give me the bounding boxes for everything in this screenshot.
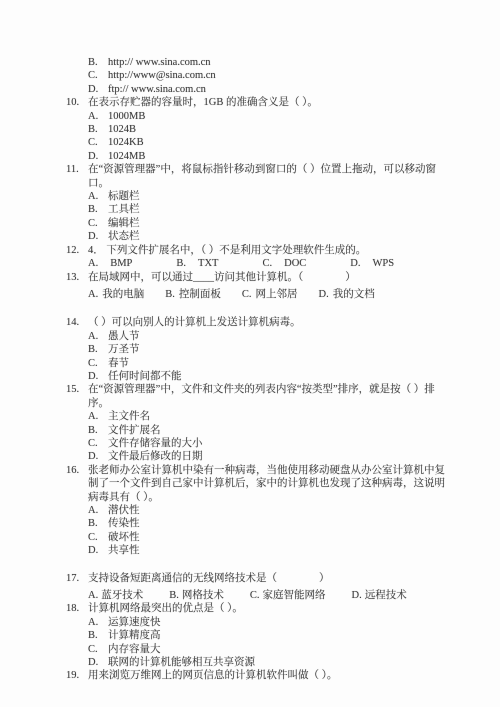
- option-text: BMP: [110, 258, 132, 269]
- question-text: 计算机网络最突出的优点是（ ）。: [88, 603, 243, 614]
- option-label: A.: [88, 616, 108, 629]
- question-number: 15.: [66, 383, 88, 396]
- option: C.DOC: [262, 257, 306, 270]
- option-text: http://www@sina.com.cn: [108, 70, 216, 81]
- question-text: （ ）可以向别人的计算机上发送计算机病毒。: [88, 317, 301, 328]
- option-label: C.: [88, 69, 108, 82]
- option-label: D.: [88, 230, 108, 243]
- question-text: 在“资源管理器”中，文件和文件夹的列表内容“按类型”排序，就是按（ ）排序。: [88, 384, 435, 408]
- question-number: 18.: [66, 602, 88, 615]
- option-label: A.: [88, 258, 98, 269]
- option-text: WPS: [373, 258, 395, 269]
- question: 17.支持设备短距离通信的无线网络技术是（ ）: [66, 572, 450, 585]
- option-text: 家庭智能网络: [263, 590, 326, 601]
- question-number: 12.: [66, 244, 88, 257]
- option: D.远程技术: [352, 589, 407, 602]
- question-number: 10.: [66, 96, 88, 109]
- option-text: http:// www.sina.com.cn: [108, 57, 211, 68]
- option-row: B.1024B: [66, 123, 450, 136]
- option: B.TXT: [176, 257, 218, 270]
- option-row: C.http://www@sina.com.cn: [66, 69, 450, 82]
- question: 12.4． 下列文件扩展名中，（ ）不是利用文字处理软件生成的。: [66, 244, 450, 257]
- option-row: C.1024KB: [66, 136, 450, 149]
- option-text: 1024B: [108, 124, 136, 135]
- question-number: 17.: [66, 572, 88, 585]
- option-text: ftp:// www.sina.com.cn: [108, 84, 206, 95]
- option-text: 联网的计算机能够相互共享资源: [108, 657, 255, 668]
- option-row: B.工具栏: [66, 203, 450, 216]
- option: C.网上邻居: [242, 288, 298, 301]
- option-label: D.: [319, 289, 329, 300]
- option-label: A.: [88, 190, 108, 203]
- option-text: 潜伏性: [108, 505, 140, 516]
- option: D.WPS: [350, 257, 394, 270]
- option-label: A.: [88, 110, 108, 123]
- option-row: D.1024MB: [66, 150, 450, 163]
- question-text: 支持设备短距离通信的无线网络技术是（ ）: [88, 573, 330, 584]
- option-label: C.: [250, 590, 260, 601]
- option: B.控制面板: [165, 288, 221, 301]
- option-row: C.文件存储容量的大小: [66, 437, 450, 450]
- option: A.我的电脑: [88, 288, 144, 301]
- option: A.BMP: [88, 257, 132, 270]
- exam-document: B.http:// www.sina.com.cn C.http://www@s…: [66, 56, 450, 683]
- option-text: 传染性: [108, 518, 140, 529]
- option-text: 控制面板: [179, 289, 221, 300]
- option-label: B.: [88, 203, 108, 216]
- option-label: B.: [165, 289, 175, 300]
- option-text: 愚人节: [108, 331, 140, 342]
- option-text: DOC: [284, 258, 306, 269]
- option: B.网格技术: [169, 589, 224, 602]
- option-text: 1024MB: [108, 151, 145, 162]
- question-text: 张老师办公室计算机中染有一种病毒，当他使用移动硬盘从办公室计算机中复制了一个文件…: [88, 465, 445, 503]
- option-row: A.1000MB: [66, 110, 450, 123]
- option-row: B.万圣节: [66, 343, 450, 356]
- option-label: B.: [176, 258, 186, 269]
- question: 19.用来浏览万维网上的网页信息的计算机软件叫做（ ）。: [66, 669, 450, 682]
- question-text: 在局域网中，可以通过____访问其他计算机。（ ）: [88, 272, 356, 283]
- options-row: A.蓝牙技术 B.网格技术 C.家庭智能网络 D.远程技术: [66, 589, 450, 602]
- option-label: B.: [88, 517, 108, 530]
- option-text: 编辑栏: [108, 218, 140, 229]
- option: A.蓝牙技术: [88, 589, 143, 602]
- option-row: B.传染性: [66, 517, 450, 530]
- option-text: 任何时间都不能: [108, 371, 182, 382]
- option-text: 文件存储容量的大小: [108, 438, 203, 449]
- option-label: D.: [88, 544, 108, 557]
- option-text: 文件扩展名: [108, 425, 161, 436]
- option-label: C.: [262, 258, 272, 269]
- option: D.我的文档: [319, 288, 375, 301]
- option-label: A.: [88, 410, 108, 423]
- option-label: B.: [88, 629, 108, 642]
- option-row: A.标题栏: [66, 190, 450, 203]
- option-row: D.文件最后修改的日期: [66, 450, 450, 463]
- option-label: C.: [88, 136, 108, 149]
- option-row: B.计算精度高: [66, 629, 450, 642]
- option-row: C.破坏性: [66, 531, 450, 544]
- option-text: 1024KB: [108, 137, 144, 148]
- option-row: A.主文件名: [66, 410, 450, 423]
- option-label: B.: [169, 590, 179, 601]
- option-row: D.ftp:// www.sina.com.cn: [66, 83, 450, 96]
- option-label: C.: [88, 531, 108, 544]
- question-number: 13.: [66, 271, 88, 284]
- option-row: C.内存容量大: [66, 643, 450, 656]
- option-text: 我的电脑: [102, 289, 144, 300]
- option-text: 破坏性: [108, 532, 140, 543]
- option-row: D.任何时间都不能: [66, 370, 450, 383]
- option-label: B.: [88, 343, 108, 356]
- option-text: 共享性: [108, 545, 140, 556]
- option-label: B.: [88, 56, 108, 69]
- option-label: D.: [88, 150, 108, 163]
- option-label: A.: [88, 590, 98, 601]
- option-label: A.: [88, 289, 98, 300]
- options-row: A.我的电脑 B.控制面板 C.网上邻居 D.我的文档: [66, 288, 450, 301]
- option-label: C.: [88, 217, 108, 230]
- question: 16.张老师办公室计算机中染有一种病毒，当他使用移动硬盘从办公室计算机中复制了一…: [66, 464, 450, 504]
- option-label: D.: [88, 450, 108, 463]
- option-label: D.: [88, 83, 108, 96]
- question-number: 14.: [66, 316, 88, 329]
- option-text: 我的文档: [333, 289, 375, 300]
- option-text: 工具栏: [108, 204, 140, 215]
- option-label: C.: [88, 643, 108, 656]
- option-label: D.: [88, 656, 108, 669]
- option-label: B.: [88, 123, 108, 136]
- option-text: 远程技术: [365, 590, 407, 601]
- option-text: 万圣节: [108, 344, 140, 355]
- option-label: C.: [88, 357, 108, 370]
- option-text: 运算速度快: [108, 617, 161, 628]
- question-number: 19.: [66, 669, 88, 682]
- question-text: 在“资源管理器”中，将鼠标指针移动到窗口的（ ）位置上拖动，可以移动窗口。: [88, 164, 436, 188]
- question-number: 16.: [66, 464, 88, 477]
- option-label: A.: [88, 504, 108, 517]
- option-text: 网上邻居: [256, 289, 298, 300]
- option-row: A.愚人节: [66, 330, 450, 343]
- option-text: TXT: [198, 258, 218, 269]
- question: 15.在“资源管理器”中，文件和文件夹的列表内容“按类型”排序，就是按（ ）排序…: [66, 383, 450, 410]
- option-text: 蓝牙技术: [101, 590, 143, 601]
- option-text: 主文件名: [108, 411, 150, 422]
- option-text: 标题栏: [108, 191, 140, 202]
- question-text: 4． 下列文件扩展名中，（ ）不是利用文字处理软件生成的。: [88, 245, 366, 256]
- option-row: D.联网的计算机能够相互共享资源: [66, 656, 450, 669]
- question: 13.在局域网中，可以通过____访问其他计算机。（ ）: [66, 271, 450, 284]
- option-row: D.状态栏: [66, 230, 450, 243]
- option-label: D.: [350, 258, 360, 269]
- option-row: A.运算速度快: [66, 616, 450, 629]
- option-label: C.: [242, 289, 252, 300]
- option: C.家庭智能网络: [250, 589, 326, 602]
- option-label: B.: [88, 424, 108, 437]
- option-row: B.http:// www.sina.com.cn: [66, 56, 450, 69]
- question-number: 11.: [66, 163, 88, 176]
- option-row: C.春节: [66, 357, 450, 370]
- question-text: 用来浏览万维网上的网页信息的计算机软件叫做（ ）。: [88, 670, 337, 681]
- option-text: 网格技术: [182, 590, 224, 601]
- question: 18.计算机网络最突出的优点是（ ）。: [66, 602, 450, 615]
- option-row: A.潜伏性: [66, 504, 450, 517]
- option-row: C.编辑栏: [66, 217, 450, 230]
- question: 10.在表示存贮器的容量时，1GB 的准确含义是（ ）。: [66, 96, 450, 109]
- question-text: 在表示存贮器的容量时，1GB 的准确含义是（ ）。: [88, 97, 318, 108]
- option-label: D.: [352, 590, 362, 601]
- option-text: 文件最后修改的日期: [108, 451, 203, 462]
- options-row: A.BMP B.TXT C.DOC D.WPS: [66, 257, 450, 270]
- question: 11.在“资源管理器”中，将鼠标指针移动到窗口的（ ）位置上拖动，可以移动窗口。: [66, 163, 450, 190]
- option-row: B.文件扩展名: [66, 424, 450, 437]
- option-label: A.: [88, 330, 108, 343]
- option-text: 春节: [108, 358, 129, 369]
- option-label: C.: [88, 437, 108, 450]
- question: 14.（ ）可以向别人的计算机上发送计算机病毒。: [66, 316, 450, 329]
- option-text: 计算精度高: [108, 630, 161, 641]
- option-label: D.: [88, 370, 108, 383]
- option-text: 内存容量大: [108, 644, 161, 655]
- option-text: 1000MB: [108, 111, 145, 122]
- option-text: 状态栏: [108, 231, 140, 242]
- option-row: D.共享性: [66, 544, 450, 557]
